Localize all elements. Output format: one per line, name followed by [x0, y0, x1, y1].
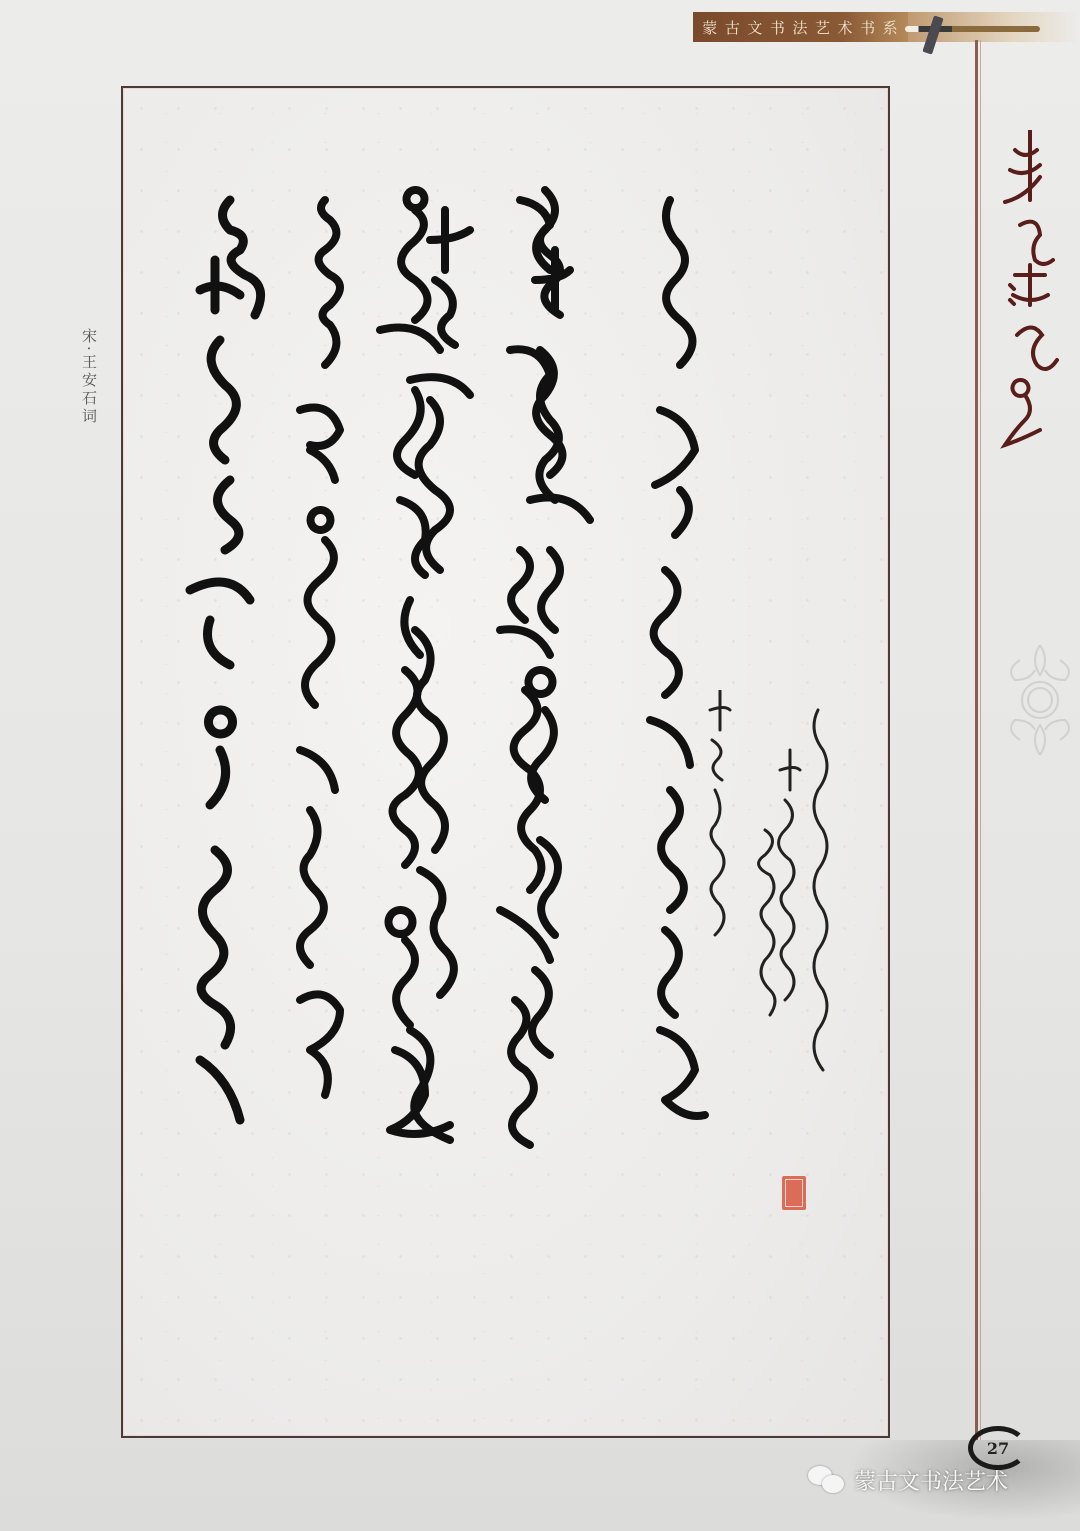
margin-rule-thin — [980, 40, 981, 1440]
calligraphy-main-text — [160, 150, 780, 1280]
band-glyph: 系 — [883, 17, 899, 38]
wechat-icon — [808, 1466, 846, 1496]
book-page: 蒙 古 文 书 法 艺 术 书 系 宋·王安石词 — [0, 0, 1080, 1531]
band-glyph: 术 — [838, 17, 854, 38]
brush-icon — [905, 26, 1040, 32]
band-glyph: 书 — [860, 17, 876, 38]
band-glyph: 文 — [747, 17, 763, 38]
page-number: 27 — [968, 1426, 1028, 1470]
header-title-band: 蒙 古 文 书 法 艺 术 书 系 — [693, 12, 908, 42]
band-glyph: 古 — [725, 17, 741, 38]
wechat-watermark: 蒙古文书法艺术 — [808, 1465, 1008, 1496]
band-glyph: 艺 — [815, 17, 831, 38]
watermark-text: 蒙古文书法艺术 — [854, 1465, 1008, 1496]
margin-rule — [975, 40, 978, 1440]
calligraphy-inscription — [700, 690, 830, 1180]
red-seal-stamp — [782, 1176, 806, 1210]
band-glyph: 书 — [770, 17, 786, 38]
artwork-caption: 宋·王安石词 — [76, 328, 100, 426]
band-glyph: 蒙 — [702, 17, 718, 38]
margin-title-script — [995, 130, 1065, 450]
vajra-ornament-icon — [1000, 640, 1080, 760]
band-glyph: 法 — [792, 17, 808, 38]
